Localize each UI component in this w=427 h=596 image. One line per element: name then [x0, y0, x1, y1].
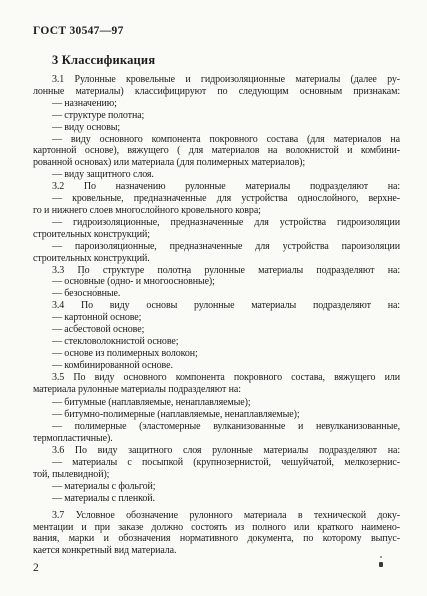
- text-line: — материалы с пленкой.: [33, 493, 400, 505]
- text-line: — асбестовой основе;: [33, 324, 400, 336]
- text-line: — виду основного компонента покровного с…: [33, 134, 400, 146]
- text-line: — основе из полимерных волокон;: [33, 348, 400, 360]
- text-line: — назначению;: [33, 98, 400, 110]
- text-lines: 3.1 Рулонные кровельные и гидроизоляцион…: [33, 74, 400, 557]
- text-line: го и нижнего слоев многослойного кровель…: [33, 205, 400, 217]
- text-line: картонной основе), вяжущего ( для матери…: [33, 145, 400, 157]
- text-line: строительных конструкций;: [33, 229, 400, 241]
- text-line: — пароизоляционные, предназначенные для …: [33, 241, 400, 253]
- page-number: 2: [33, 562, 400, 575]
- text-line: — стекловолокнистой основе;: [33, 336, 400, 348]
- text-line: термопластичные).: [33, 433, 400, 445]
- text-line: 3.7 Условное обозначение рулонного матер…: [33, 510, 400, 522]
- text-line: рованной основах) или материала (для пол…: [33, 157, 400, 169]
- text-line: — кровельные, предназначенные для устрой…: [33, 193, 400, 205]
- text-line: ментации и при заказе должно состоять из…: [33, 522, 400, 534]
- text-line: строительных конструкций.: [33, 253, 400, 265]
- text-line: той, пылевидной);: [33, 469, 400, 481]
- text-line: — виду основы;: [33, 122, 400, 134]
- text-line: — материалы с посыпкой (крупнозернистой,…: [33, 457, 400, 469]
- text-line: — гидроизоляционные, предназначенные для…: [33, 217, 400, 229]
- text-line: — полимерные (эластомерные вулканизованн…: [33, 421, 400, 433]
- standard-number: ГОСТ 30547—97: [33, 25, 400, 38]
- text-line: — безосно́вные.: [33, 288, 400, 300]
- text-line: кается конкретный вид материала.: [33, 545, 400, 557]
- text-line: 3.6 По виду защитного слоя рулонные мате…: [33, 445, 400, 457]
- text-line: — виду защитного слоя.: [33, 169, 400, 181]
- text-line: — битумно-полимерные (наплавляемые, нена…: [33, 409, 400, 421]
- text-line: лонные материалы) классифицируют по след…: [33, 86, 400, 98]
- text-line: — картонной основе;: [33, 312, 400, 324]
- document-page: ГОСТ 30547—97 3 Классификация 3.1 Рулонн…: [0, 0, 427, 596]
- text-line: 3.2 По назначению рулонные материалы под…: [33, 181, 400, 193]
- text-line: — структуре полотна;: [33, 110, 400, 122]
- text-line: 3.4 По виду основы рулонные материалы по…: [33, 300, 400, 312]
- text-line: вания, марки и обозначения нормативного …: [33, 533, 400, 545]
- section-heading: 3 Классификация: [33, 53, 400, 67]
- text-line: 3.1 Рулонные кровельные и гидроизоляцион…: [33, 74, 400, 86]
- text-line: 3.5 По виду основного компонента покровн…: [33, 372, 400, 384]
- text-line: 3.3 По структуре полотна рулонные матери…: [33, 265, 400, 277]
- scan-speck-artifact: [379, 562, 383, 567]
- text-line: — материалы с фольгой;: [33, 481, 400, 493]
- text-line: — битумные (наплавляемые, ненаплавляемые…: [33, 397, 400, 409]
- text-line: — осно́вные (одно- и многоосно́вные);: [33, 276, 400, 288]
- text-line: материала рулонные материалы подразделяю…: [33, 384, 400, 396]
- text-line: — комбинированной основе.: [33, 360, 400, 372]
